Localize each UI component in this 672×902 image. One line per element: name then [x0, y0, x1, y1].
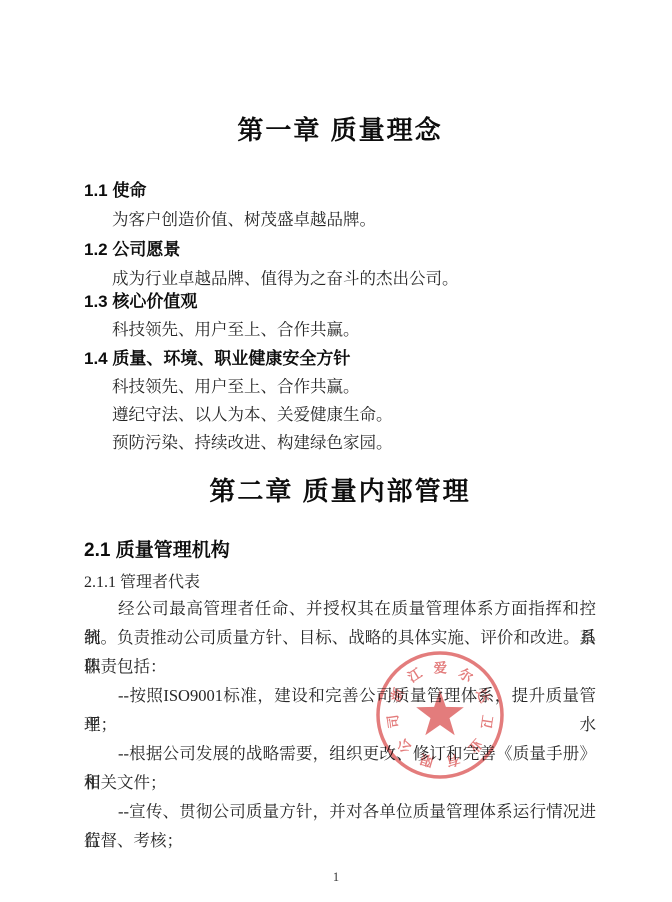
- paragraph-line: 统。负责推动公司质量方针、目标、战略的具体实施、评价和改进。具体: [84, 623, 596, 652]
- section-heading-1-2: 1.2 公司愿景: [84, 235, 596, 260]
- section-1-1-body: 为客户创造价值、树茂盛卓越品牌。: [84, 206, 596, 230]
- paragraph-line: 监督、考核；: [84, 826, 596, 855]
- document-page: 第一章 质量理念 1.1 使命 为客户创造价值、树茂盛卓越品牌。 1.2 公司愿…: [0, 0, 672, 902]
- section-heading-1-3: 1.3 核心价值观: [84, 287, 596, 312]
- chapter-2-title: 第二章 质量内部管理: [84, 471, 596, 508]
- chapter-1-title: 第一章 质量理念: [84, 110, 596, 147]
- section-1-3-body: 科技领先、用户至上、合作共赢。: [84, 316, 596, 340]
- paragraph-line: 相关文件；: [84, 768, 596, 797]
- paragraph-line: --按照ISO9001标准，建设和完善公司质量管理体系，提升质量管理水: [84, 681, 596, 710]
- management-rep-paragraph: 经公司最高管理者任命、并授权其在质量管理体系方面指挥和控制系 统。负责推动公司质…: [84, 594, 596, 855]
- section-1-2-body: 成为行业卓越品牌、值得为之奋斗的杰出公司。: [84, 265, 596, 289]
- paragraph-line: 职责包括：: [84, 652, 596, 681]
- paragraph-line: --根据公司发展的战略需要，组织更改、修订和完善《质量手册》和: [84, 739, 596, 768]
- section-1-4-body-line: 科技领先、用户至上、合作共赢。: [84, 373, 596, 397]
- section-1-4-body-line: 遵纪守法、以人为本、关爱健康生命。: [84, 401, 596, 425]
- section-heading-2-1: 2.1 质量管理机构: [84, 535, 596, 562]
- page-number: 1: [0, 870, 672, 885]
- subsection-heading-2-1-1: 2.1.1 管理者代表: [84, 569, 596, 592]
- paragraph-line: 经公司最高管理者任命、并授权其在质量管理体系方面指挥和控制系: [84, 594, 596, 623]
- section-heading-1-1: 1.1 使命: [84, 176, 596, 201]
- paragraph-line: --宣传、贯彻公司质量方针，并对各单位质量管理体系运行情况进行: [84, 797, 596, 826]
- section-1-4-body-line: 预防污染、持续改进、构建绿色家园。: [84, 429, 596, 453]
- section-heading-1-4: 1.4 质量、环境、职业健康安全方针: [84, 344, 596, 369]
